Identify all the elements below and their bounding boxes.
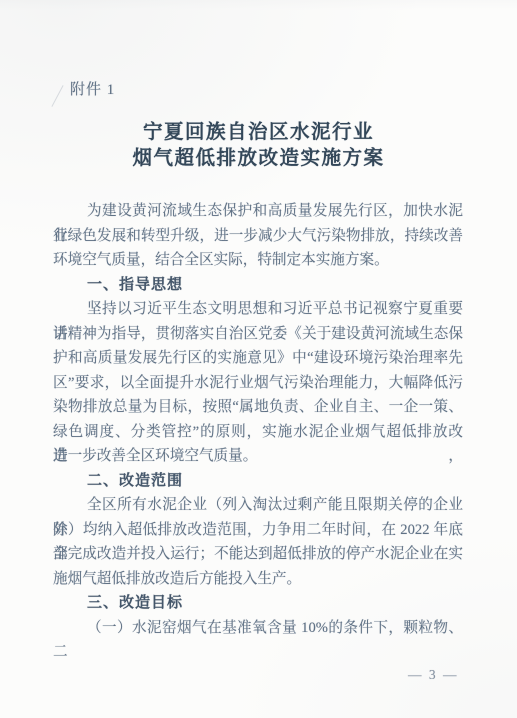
paragraph-line: 全区所有水泥企业（列入淘汰过剩产能且限期关停的企业除 xyxy=(53,493,463,518)
attachment-label: 附件 1 xyxy=(70,78,115,99)
paragraph-line: 护和高质量发展先行区的实施意见》中“建设环境污染治理率先 xyxy=(53,346,463,371)
paragraph-line: 绿色调度、分类管控”的原则，实施水泥企业烟气超低排放改造， xyxy=(53,420,463,445)
paragraph-line: 部完成改造并投入运行；不能达到超低排放的停产水泥企业在实 xyxy=(53,542,463,567)
section-heading-2: 二、改造范围 xyxy=(53,469,463,494)
paragraph-line: 区”要求，以全面提升水泥行业烟气污染治理能力，大幅降低污 xyxy=(53,371,463,396)
section-heading-1: 一、指导思想 xyxy=(53,273,463,298)
paragraph-line: 染物排放总量为目标，按照“属地负责、企业自主、一企一策、 xyxy=(53,395,463,420)
paragraph-line: 外）均纳入超低排放改造范围，力争用二年时间，在 2022 年底全 xyxy=(53,518,463,543)
document-title-line-2: 烟气超低排放改造实施方案 xyxy=(0,146,517,172)
paragraph-line: 话精神为指导，贯彻落实自治区党委《关于建设黄河流域生态保 xyxy=(53,322,463,347)
paragraph-line: （一）水泥窑烟气在基准氧含量 10%的条件下，颗粒物、二 xyxy=(53,616,463,641)
paragraph-line: 环境空气质量，结合全区实际，特制定本实施方案。 xyxy=(53,248,463,273)
document-page: 附件 1 宁夏回族自治区水泥行业 烟气超低排放改造实施方案 为建设黄河流域生态保… xyxy=(0,0,517,718)
paragraph-line: 业绿色发展和转型升级，进一步减少大气污染物排放，持续改善 xyxy=(53,224,463,249)
document-body: 为建设黄河流域生态保护和高质量发展先行区，加快水泥行 业绿色发展和转型升级，进一… xyxy=(53,199,463,640)
paragraph-line: 施烟气超低排放改造后方能投入生产。 xyxy=(53,567,463,592)
page-number: — 3 — xyxy=(408,667,459,683)
document-title: 宁夏回族自治区水泥行业 烟气超低排放改造实施方案 xyxy=(0,120,517,172)
document-title-line-1: 宁夏回族自治区水泥行业 xyxy=(0,120,517,146)
paragraph-line: 坚持以习近平生态文明思想和习近平总书记视察宁夏重要讲 xyxy=(53,297,463,322)
section-heading-3: 三、改造目标 xyxy=(53,591,463,616)
scan-artifact-line xyxy=(51,85,63,107)
paragraph-line: 为建设黄河流域生态保护和高质量发展先行区，加快水泥行 xyxy=(53,199,463,224)
